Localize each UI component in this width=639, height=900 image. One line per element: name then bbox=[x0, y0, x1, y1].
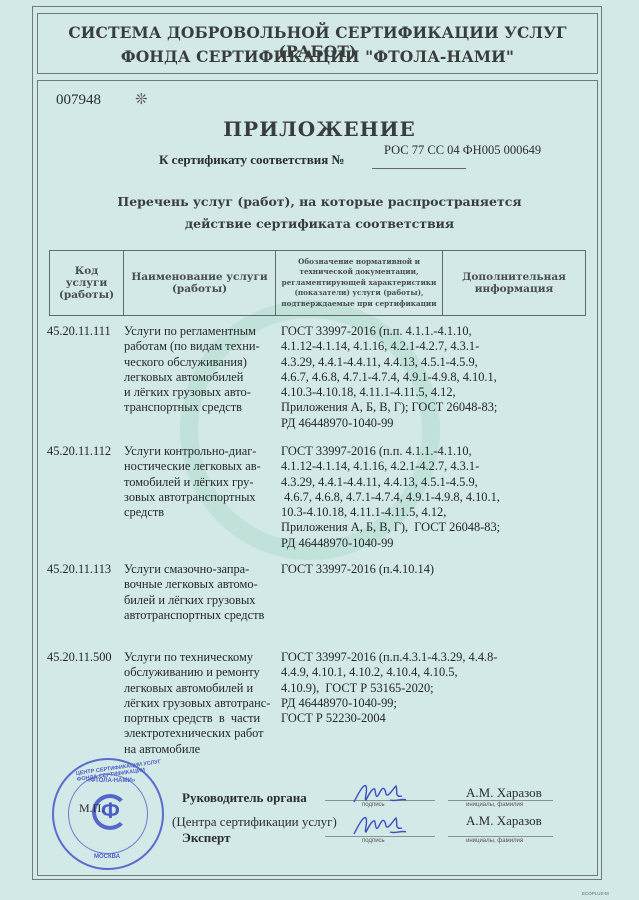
service-docs: ГОСТ 33997-2016 (п.п. 4.1.1.-4.1.10, 4.1… bbox=[281, 324, 497, 431]
stamp-middle-text: «ФТОЛА-НАМИ» bbox=[87, 778, 135, 784]
subtitle-line-1: Перечень услуг (работ), на которые распр… bbox=[0, 194, 639, 209]
service-docs: ГОСТ 33997-2016 (п.4.10.14) bbox=[281, 562, 434, 577]
header-line-2: ФОНДА СЕРТИФИКАЦИИ "ФТОЛА-НАМИ" bbox=[38, 47, 597, 66]
service-code: 45.20.11.111 bbox=[47, 324, 111, 339]
name-caption: инициалы, фамилия bbox=[466, 802, 523, 808]
service-docs: ГОСТ 33997-2016 (п.п. 4.1.1.-4.1.10, 4.1… bbox=[281, 444, 500, 551]
certificate-number: РОС 77 СС 04 ФН005 000649 bbox=[384, 143, 541, 158]
head-label: Руководитель органа bbox=[182, 790, 307, 806]
column-header-code: Код услуги (работы) bbox=[50, 251, 124, 316]
expert-name-line bbox=[448, 836, 553, 837]
service-code: 45.20.11.113 bbox=[47, 562, 111, 577]
expert-signature-icon bbox=[350, 812, 410, 842]
expert-name: А.М. Харазов bbox=[466, 813, 542, 829]
asterisk-icon: ❊ bbox=[135, 90, 148, 109]
head-name: А.М. Харазов bbox=[466, 785, 542, 801]
service-name: Услуги по техническому обслуживанию и ре… bbox=[124, 650, 270, 757]
service-name: Услуги контрольно-диаг- ностические легк… bbox=[124, 444, 261, 520]
subtitle-line-2: действие сертификата соответствия bbox=[0, 216, 639, 231]
service-code: 45.20.11.112 bbox=[47, 444, 111, 459]
certificate-underline bbox=[372, 168, 466, 169]
services-table-header: Код услуги (работы) Наименование услуги … bbox=[49, 250, 586, 316]
center-label: (Центра сертификации услуг) bbox=[172, 814, 337, 830]
name-caption: инициалы, фамилия bbox=[466, 838, 523, 844]
certificate-label: К сертификату соответствия № bbox=[159, 152, 345, 168]
service-name: Услуги смазочно-запра- вочные легковых а… bbox=[124, 562, 264, 623]
stamp-place-label: М.П. bbox=[79, 801, 104, 816]
column-header-name: Наименование услуги (работы) bbox=[124, 251, 276, 316]
expert-label: Эксперт bbox=[182, 830, 230, 846]
column-header-info: Дополнительная информация bbox=[443, 251, 586, 316]
serial-number: 007948 bbox=[56, 92, 101, 109]
head-signature-icon bbox=[350, 780, 410, 810]
page-title: ПРИЛОЖЕНИЕ bbox=[0, 117, 639, 141]
column-header-docs: Обозначение нормативной и технической до… bbox=[276, 251, 443, 316]
service-code: 45.20.11.500 bbox=[47, 650, 112, 665]
service-docs: ГОСТ 33997-2016 (п.п.4.3.1-4.3.29, 4.4.8… bbox=[281, 650, 497, 726]
official-stamp: ЦЕНТР СЕРТИФИКАЦИИ УСЛУГ ФОНДА СЕРТИФИКА… bbox=[52, 758, 164, 870]
footer-print-mark: ECOPLUS-M bbox=[582, 891, 609, 896]
service-name: Услуги по регламентным работам (по видам… bbox=[124, 324, 260, 416]
stamp-bottom-text: МОСКВА bbox=[94, 854, 120, 860]
header-box: СИСТЕМА ДОБРОВОЛЬНОЙ СЕРТИФИКАЦИИ УСЛУГ … bbox=[37, 13, 598, 74]
